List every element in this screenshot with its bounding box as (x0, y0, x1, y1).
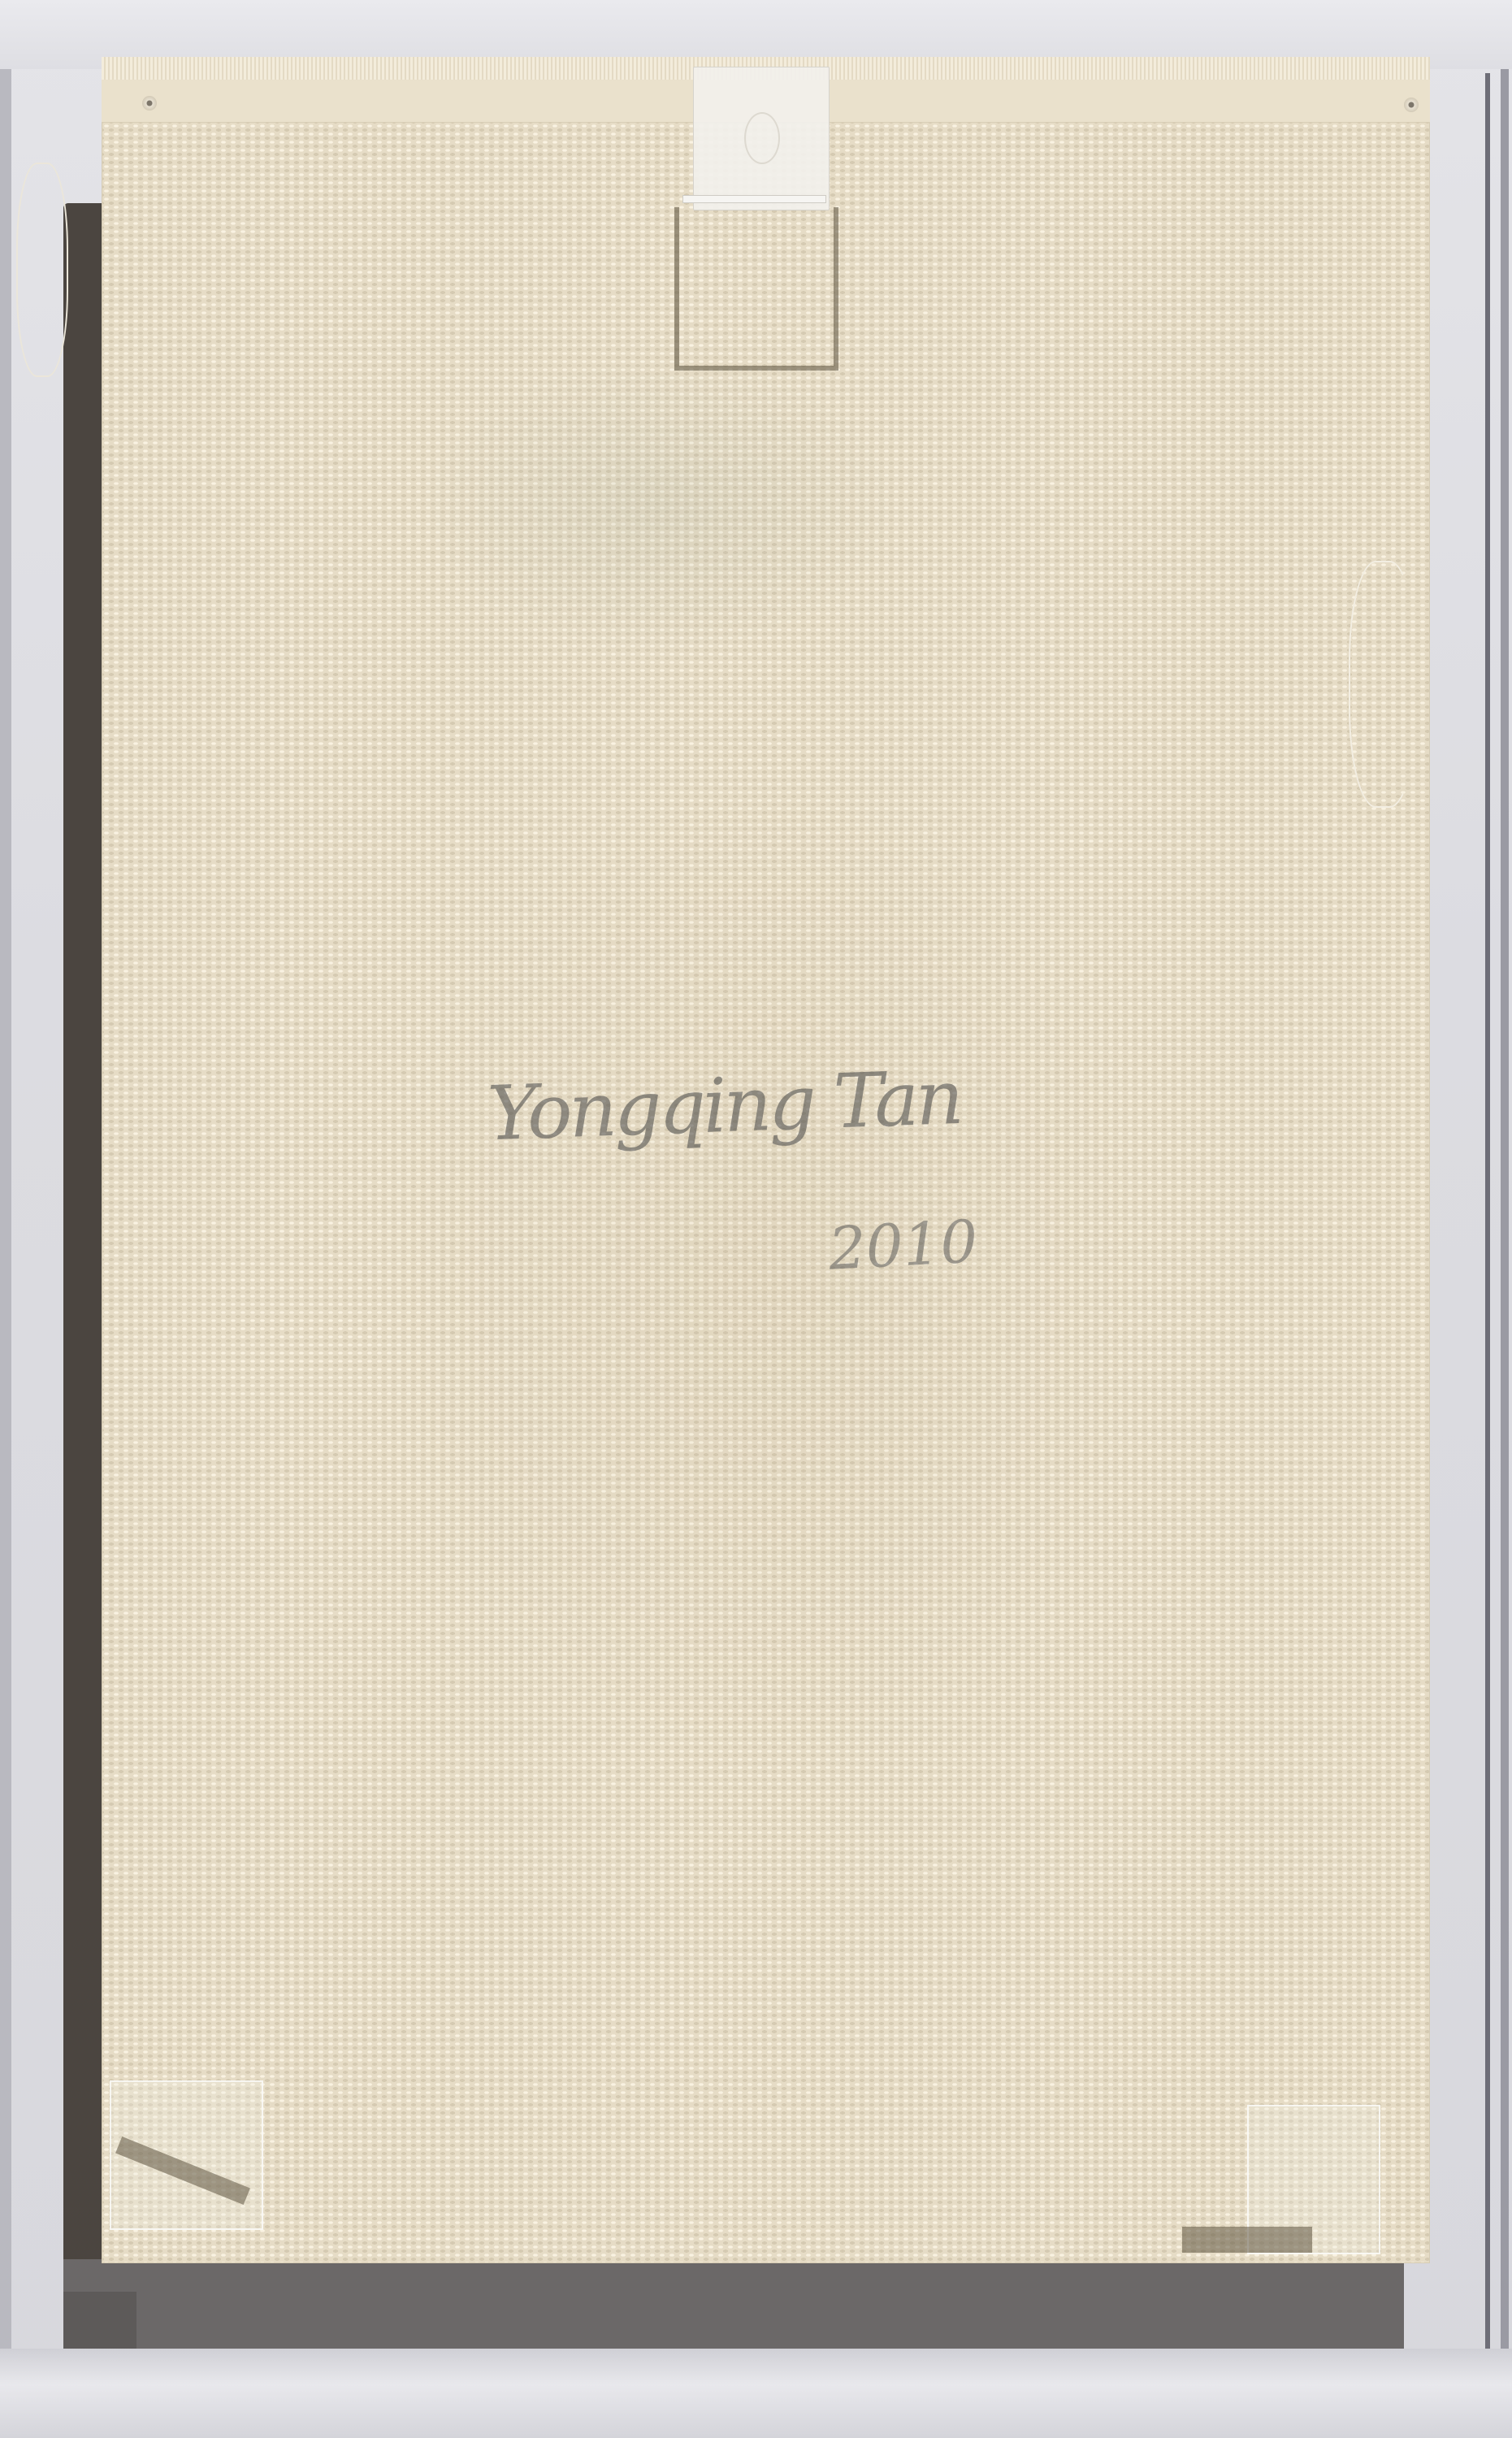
frame-rail-right (1501, 69, 1509, 2438)
clip-shadow-right (1182, 2227, 1312, 2253)
canvas-shadow-bottom (63, 2259, 1404, 2357)
frame-rail-left (0, 69, 11, 2438)
signature-year: 2010 (827, 1207, 979, 1282)
grommet-right (1404, 98, 1419, 112)
acrylic-hanger (693, 67, 830, 210)
grommet-left (142, 96, 157, 111)
loose-thread-left (16, 163, 68, 377)
hanger-arm (682, 195, 826, 203)
hanger-shadow (674, 207, 838, 371)
hanger-hole-icon (744, 112, 780, 164)
loose-thread-right (1349, 561, 1417, 808)
acrylic-shelf (0, 2349, 1512, 2438)
frame-edge-right (1485, 73, 1490, 2430)
canvas-back (102, 65, 1430, 2263)
